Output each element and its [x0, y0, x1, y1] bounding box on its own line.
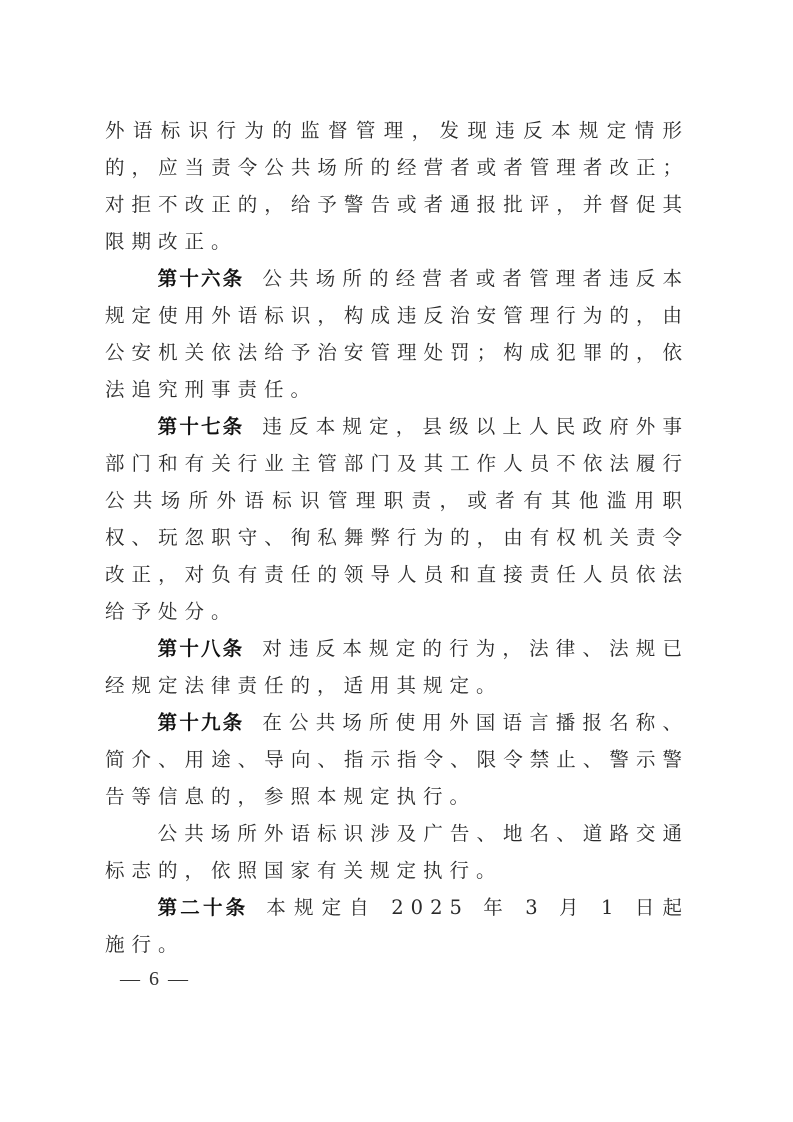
article-20: 第二十条本规定自 2025 年 3 月 1 日起施行。	[105, 889, 689, 963]
article-19: 第十九条在公共场所使用外国语言播报名称、简介、用途、导向、指示指令、限令禁止、警…	[105, 704, 689, 815]
article-18: 第十八条对违反本规定的行为，法律、法规已经规定法律责任的，适用其规定。	[105, 630, 689, 704]
article-heading: 第二十条	[158, 896, 249, 919]
article-heading: 第十七条	[158, 415, 245, 438]
article-heading: 第十九条	[158, 711, 245, 734]
page-number: — 6 —	[120, 968, 190, 991]
paragraph-continuation: 外语标识行为的监督管理，发现违反本规定情形的，应当责令公共场所的经营者或者管理者…	[105, 112, 689, 260]
article-19-clause-2: 公共场所外语标识涉及广告、地名、道路交通标志的，依照国家有关规定执行。	[105, 815, 689, 889]
paragraph-text: 违反本规定，县级以上人民政府外事部门和有关行业主管部门及其工作人员不依法履行公共…	[105, 415, 689, 623]
paragraph-text: 公共场所外语标识涉及广告、地名、道路交通标志的，依照国家有关规定执行。	[105, 822, 689, 882]
article-heading: 第十八条	[158, 637, 245, 660]
article-heading: 第十六条	[158, 267, 245, 290]
document-body: 外语标识行为的监督管理，发现违反本规定情形的，应当责令公共场所的经营者或者管理者…	[105, 112, 689, 963]
article-16: 第十六条公共场所的经营者或者管理者违反本规定使用外语标识，构成违反治安管理行为的…	[105, 260, 689, 408]
paragraph-text: 外语标识行为的监督管理，发现违反本规定情形的，应当责令公共场所的经营者或者管理者…	[105, 119, 689, 253]
article-17: 第十七条违反本规定，县级以上人民政府外事部门和有关行业主管部门及其工作人员不依法…	[105, 408, 689, 630]
